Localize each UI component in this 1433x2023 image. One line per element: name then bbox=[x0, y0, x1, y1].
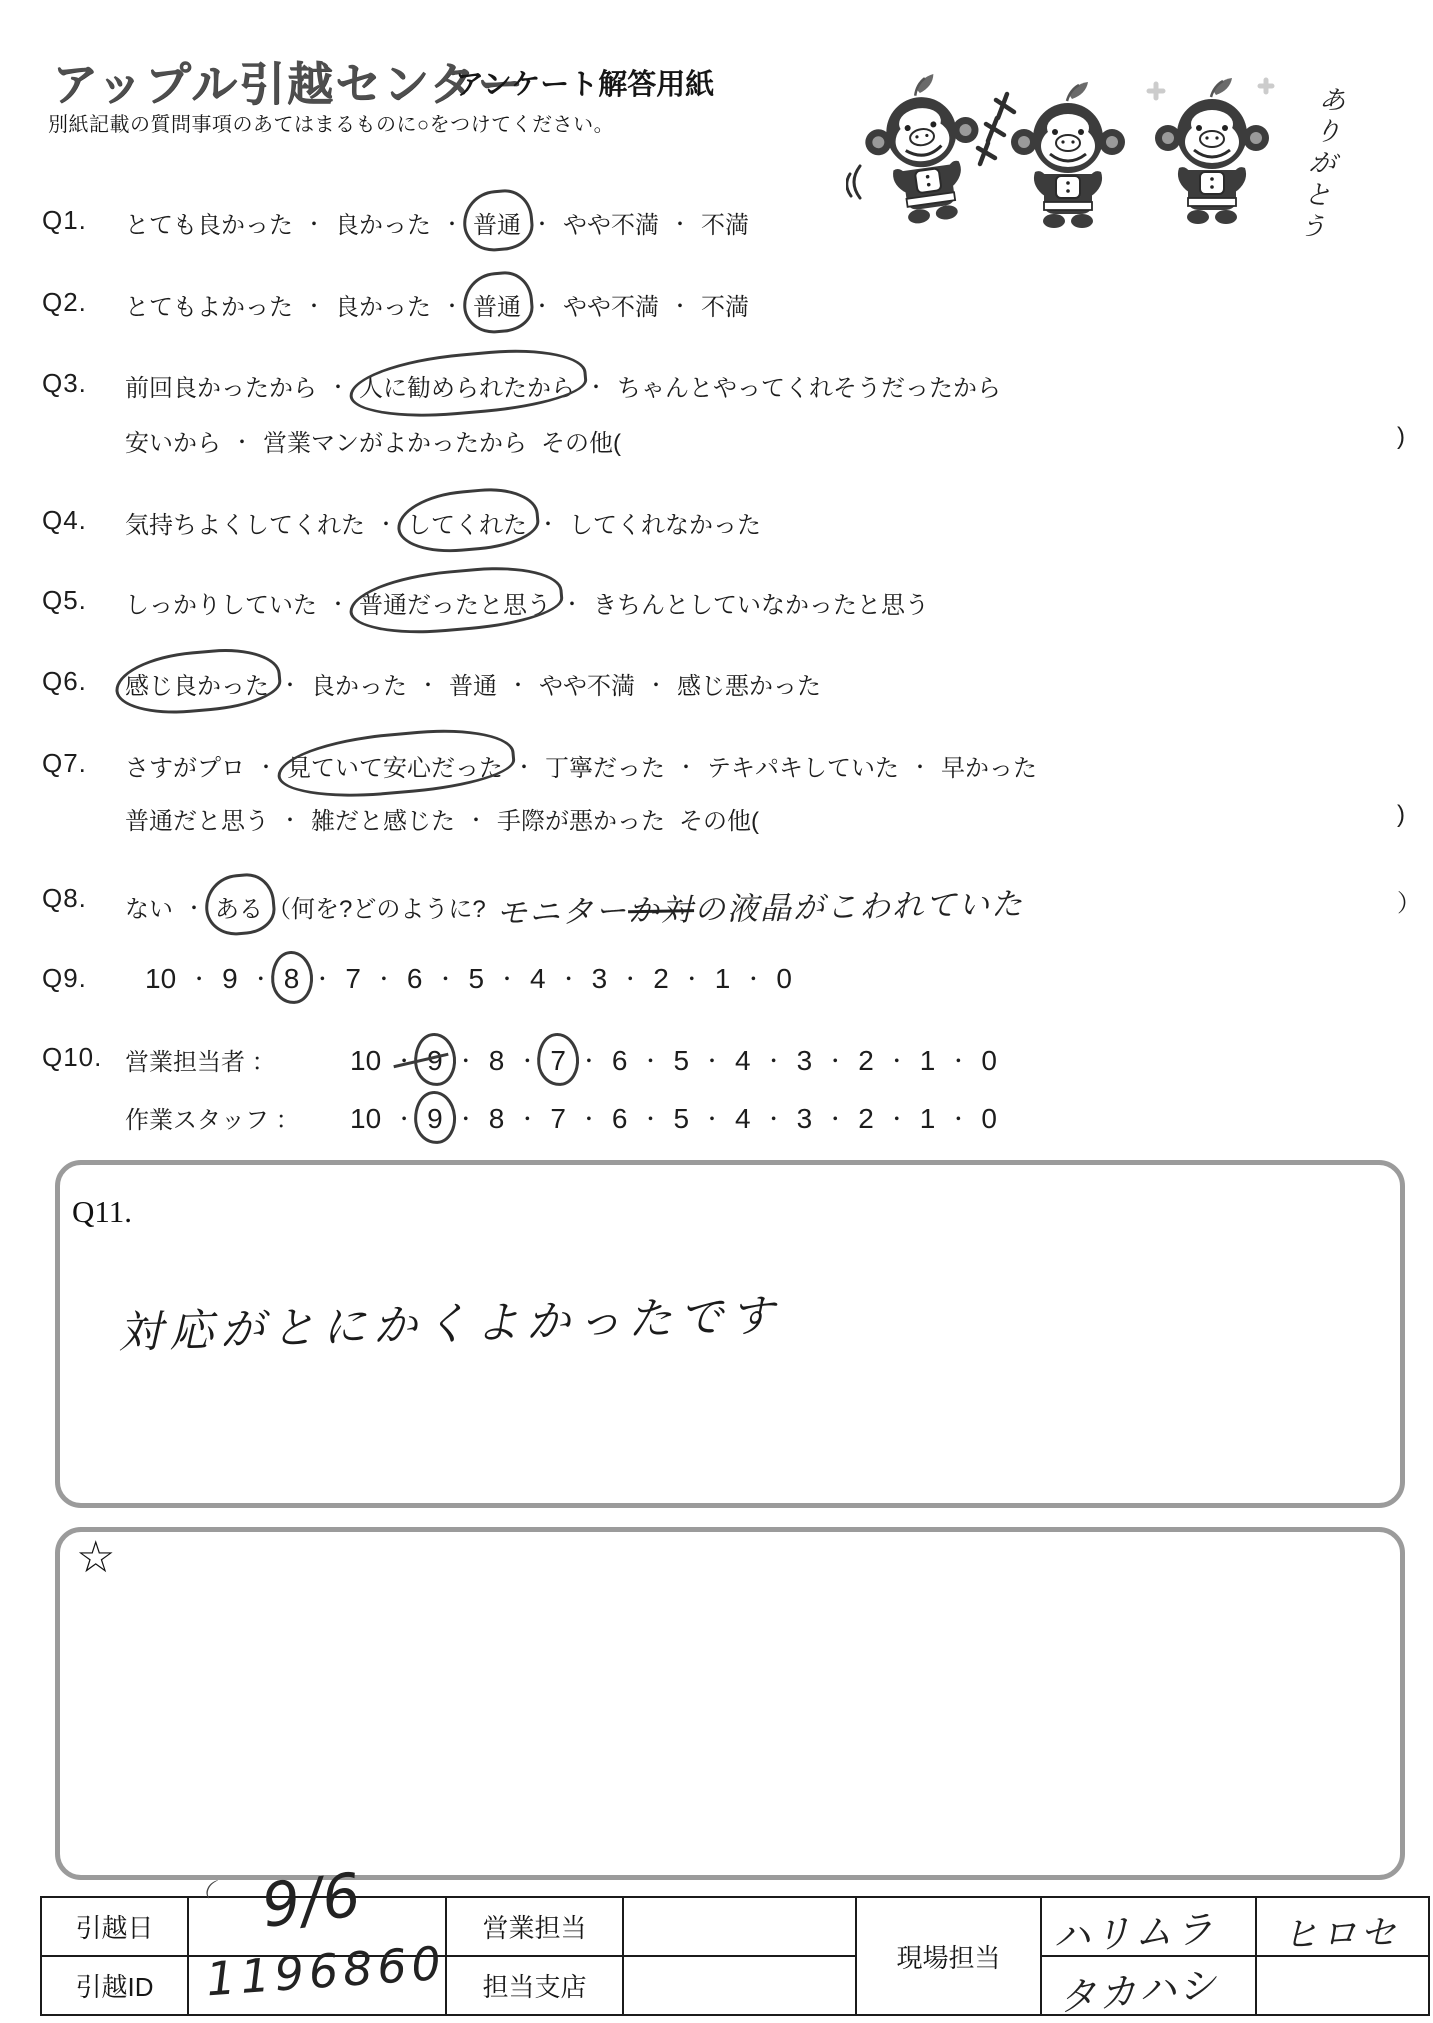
paren-close: ) bbox=[1397, 423, 1405, 451]
option-separator: ・ bbox=[456, 1045, 476, 1074]
option-separator: ・ bbox=[435, 963, 455, 992]
option-separator: ・ bbox=[538, 508, 558, 537]
question-id: Q7. bbox=[42, 748, 87, 779]
option[interactable]: 10 bbox=[350, 1103, 381, 1135]
question-row-q9: Q9. 10・9・8・7・6・5・4・3・2・1・0 bbox=[0, 963, 1433, 1003]
question-id: Q8. bbox=[42, 883, 87, 914]
option[interactable]: 4 bbox=[735, 1045, 751, 1077]
option-separator: ・ bbox=[910, 751, 930, 780]
options-line: 普通だと思う・雑だと感じた・手際が悪かったその他() bbox=[125, 801, 759, 836]
followup-prompt: （何を?どのように? bbox=[267, 896, 486, 923]
handwritten-text: モニター bbox=[495, 893, 628, 931]
option-separator: ・ bbox=[948, 1103, 968, 1132]
option[interactable]: 良かった bbox=[335, 287, 431, 322]
option-separator: ・ bbox=[418, 669, 438, 698]
option[interactable]: 2 bbox=[858, 1103, 874, 1135]
option[interactable]: 2 bbox=[858, 1045, 874, 1077]
option-separator: ・ bbox=[825, 1103, 845, 1132]
option[interactable]: 丁寧だった bbox=[545, 748, 665, 783]
option[interactable]: 10 bbox=[145, 963, 176, 995]
option[interactable]: 0 bbox=[981, 1103, 997, 1135]
option[interactable]: 不満 bbox=[701, 205, 749, 240]
option-separator: ・ bbox=[646, 669, 666, 698]
option-separator: ・ bbox=[670, 290, 690, 319]
question-row-q1: Q1. とても良かった・良かった・普通・やや不満・不満 bbox=[0, 205, 1433, 245]
option-separator: ・ bbox=[442, 208, 462, 237]
option[interactable]: 6 bbox=[612, 1103, 628, 1135]
sales-staff-field[interactable] bbox=[623, 1897, 856, 1956]
option[interactable]: 8 bbox=[489, 1103, 505, 1135]
option-selected[interactable]: してくれた bbox=[407, 505, 527, 540]
option[interactable]: やや不満 bbox=[539, 666, 635, 701]
option[interactable]: 7 bbox=[550, 1103, 566, 1135]
question-id: Q6. bbox=[42, 666, 87, 697]
option-separator: ・ bbox=[559, 963, 579, 992]
monkey-mascot-icon bbox=[1155, 78, 1269, 224]
options-line: しっかりしていた・普通だったと思う・きちんとしていなかったと思う bbox=[125, 585, 929, 620]
question-id: Q11. bbox=[72, 1194, 132, 1230]
instruction-text: 別紙記載の質問事項のあてはまるものに○をつけてください。 bbox=[48, 108, 614, 137]
other-option-open[interactable]: その他( bbox=[679, 808, 759, 835]
option[interactable]: 前回良かったから bbox=[125, 368, 317, 403]
option-separator: ・ bbox=[394, 1045, 414, 1074]
option[interactable]: 不満 bbox=[701, 287, 749, 322]
option[interactable]: 1 bbox=[715, 963, 731, 995]
option-separator: ・ bbox=[442, 290, 462, 319]
option-separator: ・ bbox=[256, 751, 276, 780]
site-staff-label: 現場担当 bbox=[856, 1897, 1041, 2015]
option-separator: ・ bbox=[184, 892, 204, 921]
option[interactable]: テキパキしていた bbox=[707, 748, 899, 783]
options-line: 気持ちよくしてくれた・してくれた・してくれなかった bbox=[125, 505, 761, 540]
question-row-q7: Q7. さすがプロ・見ていて安心だった・丁寧だった・テキパキしていた・早かった bbox=[0, 748, 1433, 788]
option-separator: ・ bbox=[702, 1103, 722, 1132]
option[interactable]: 10 bbox=[350, 1045, 381, 1077]
option-separator: ・ bbox=[280, 804, 300, 833]
option-separator: ・ bbox=[764, 1045, 784, 1074]
option-separator: ・ bbox=[456, 1103, 476, 1132]
star-comment-box[interactable] bbox=[55, 1527, 1405, 1880]
option-separator: ・ bbox=[328, 371, 348, 400]
option-separator: ・ bbox=[312, 963, 332, 992]
option[interactable]: 0 bbox=[776, 963, 792, 995]
question-id: Q1. bbox=[42, 205, 87, 236]
row-sublabel: 作業スタッフ ： bbox=[125, 1100, 350, 1135]
option[interactable]: 早かった bbox=[941, 748, 1037, 783]
question-row-q5: Q5. しっかりしていた・普通だったと思う・きちんとしていなかったと思う bbox=[0, 585, 1433, 625]
option-separator: ・ bbox=[532, 290, 552, 319]
option[interactable]: 1 bbox=[920, 1045, 936, 1077]
move-id-label: 引越ID bbox=[41, 1956, 188, 2015]
option[interactable]: 雑だと感じた bbox=[311, 801, 455, 836]
option-separator: ・ bbox=[508, 669, 528, 698]
option[interactable]: 4 bbox=[530, 963, 546, 995]
option[interactable]: 良かった bbox=[311, 666, 407, 701]
question-id: Q4. bbox=[42, 505, 87, 536]
options-line: とてもよかった・良かった・普通・やや不満・不満 bbox=[125, 287, 749, 322]
option-separator: ・ bbox=[466, 804, 486, 833]
option-selected[interactable]: 普通だったと思う bbox=[359, 585, 551, 620]
option-separator: ・ bbox=[374, 963, 394, 992]
option-selected[interactable]: 感じ良かった bbox=[125, 666, 269, 701]
option-separator: ・ bbox=[189, 963, 209, 992]
option-separator: ・ bbox=[620, 963, 640, 992]
branch-field[interactable] bbox=[623, 1956, 856, 2015]
option-separator: ・ bbox=[640, 1045, 660, 1074]
paren-close: ) bbox=[1397, 801, 1405, 829]
option[interactable]: 感じ悪かった bbox=[677, 666, 821, 701]
option-selected[interactable]: 普通 bbox=[473, 205, 521, 240]
option-separator: ・ bbox=[532, 208, 552, 237]
option[interactable]: 3 bbox=[592, 963, 608, 995]
option[interactable]: 営業マンがよかったから bbox=[263, 423, 527, 458]
question-row-q2: Q2. とてもよかった・良かった・普通・やや不満・不満 bbox=[0, 287, 1433, 327]
motion-lines-icon bbox=[847, 166, 860, 198]
option-separator: ・ bbox=[514, 751, 534, 780]
form-title: アンケート解答用紙 bbox=[455, 62, 714, 103]
question-row-q10: Q10. 営業担当者 ：10・9・8・7・6・5・4・3・2・1・0 bbox=[0, 1042, 1433, 1082]
option-separator: ・ bbox=[328, 588, 348, 617]
option-separator: ・ bbox=[640, 1103, 660, 1132]
options-line: 安いから・営業マンがよかったからその他() bbox=[125, 423, 621, 458]
option-separator: ・ bbox=[304, 290, 324, 319]
option[interactable]: 2 bbox=[653, 963, 669, 995]
option[interactable]: やや不満 bbox=[563, 205, 659, 240]
option-separator: ・ bbox=[280, 669, 300, 698]
option[interactable]: さすがプロ bbox=[125, 748, 245, 783]
options-line: 10・9・8・7・6・5・4・3・2・1・0 bbox=[145, 963, 792, 995]
option[interactable]: 普通だと思う bbox=[125, 801, 269, 836]
question-id: Q3. bbox=[42, 368, 87, 399]
move-date-handwriting: 9/6 bbox=[258, 1860, 365, 1942]
option[interactable]: 5 bbox=[673, 1103, 689, 1135]
option-separator: ・ bbox=[702, 1045, 722, 1074]
option[interactable]: 5 bbox=[468, 963, 484, 995]
sales-staff-label: 営業担当 bbox=[446, 1897, 623, 1956]
option-selected[interactable]: 普通 bbox=[473, 287, 521, 322]
option-separator: ・ bbox=[670, 208, 690, 237]
option-separator: ・ bbox=[232, 426, 252, 455]
site-staff-handwriting: ハリムラ bbox=[1051, 1898, 1218, 1962]
option[interactable]: 9 bbox=[222, 963, 238, 995]
handwritten-struck-text: か対 bbox=[627, 892, 694, 929]
option-separator: ・ bbox=[251, 963, 271, 992]
paren-close: ） bbox=[1397, 883, 1421, 918]
options-line: 感じ良かった・良かった・普通・やや不満・感じ悪かった bbox=[125, 666, 821, 701]
question-id: Q5. bbox=[42, 585, 87, 616]
option-separator: ・ bbox=[517, 1045, 537, 1074]
options-line: 営業担当者 ：10・9・8・7・6・5・4・3・2・1・0 bbox=[125, 1042, 997, 1077]
options-line: 前回良かったから・人に勧められたから・ちゃんとやってくれそうだったから bbox=[125, 368, 1001, 403]
option[interactable]: 7 bbox=[345, 963, 361, 995]
option-selected[interactable]: 見ていて安心だった bbox=[287, 748, 503, 783]
option[interactable]: やや不満 bbox=[563, 287, 659, 322]
option-separator: ・ bbox=[676, 751, 696, 780]
option[interactable]: 3 bbox=[797, 1103, 813, 1135]
branch-label: 担当支店 bbox=[446, 1956, 623, 2015]
option[interactable]: 安いから bbox=[125, 423, 221, 458]
handwritten-answer: モニターか対の液晶がこわれていた bbox=[495, 878, 1024, 932]
option[interactable]: 手際が悪かった bbox=[497, 801, 665, 836]
question-id: Q9. bbox=[42, 963, 87, 994]
star-icon: ☆ bbox=[76, 1532, 115, 1583]
option-separator: ・ bbox=[743, 963, 763, 992]
options-line: さすがプロ・見ていて安心だった・丁寧だった・テキパキしていた・早かった bbox=[125, 748, 1037, 783]
option-separator: ・ bbox=[304, 208, 324, 237]
option-separator: ・ bbox=[394, 1103, 414, 1132]
other-option-open[interactable]: その他( bbox=[541, 430, 621, 457]
option-separator: ・ bbox=[887, 1103, 907, 1132]
question-row-q6: Q6. 感じ良かった・良かった・普通・やや不満・感じ悪かった bbox=[0, 666, 1433, 706]
question-row-q7-line2: 普通だと思う・雑だと感じた・手際が悪かったその他() bbox=[0, 801, 1433, 841]
option[interactable]: 6 bbox=[612, 1045, 628, 1077]
option-separator: ・ bbox=[682, 963, 702, 992]
option-selected[interactable]: 8 bbox=[284, 963, 300, 995]
option[interactable]: とてもよかった bbox=[125, 287, 293, 322]
question-row-q3-line2: 安いから・営業マンがよかったからその他() bbox=[0, 423, 1433, 463]
question-row-q8: Q8. ない・ある（何を?どのように?モニターか対の液晶がこわれていた） bbox=[0, 883, 1433, 923]
option-separator: ・ bbox=[497, 963, 517, 992]
option-selected[interactable]: 7 bbox=[550, 1045, 566, 1077]
option[interactable]: 5 bbox=[673, 1045, 689, 1077]
options-line: とても良かった・良かった・普通・やや不満・不満 bbox=[125, 205, 749, 240]
question-id: Q2. bbox=[42, 287, 87, 318]
option-selected[interactable]: 人に勧められたから bbox=[359, 368, 575, 403]
option[interactable]: とても良かった bbox=[125, 205, 293, 240]
option-separator: ・ bbox=[948, 1045, 968, 1074]
question-row-q10-line2: 作業スタッフ ：10・9・8・7・6・5・4・3・2・1・0 bbox=[0, 1100, 1433, 1140]
options-line: 作業スタッフ ：10・9・8・7・6・5・4・3・2・1・0 bbox=[125, 1100, 997, 1135]
option-separator: ・ bbox=[887, 1045, 907, 1074]
option[interactable]: きちんとしていなかったと思う bbox=[593, 585, 929, 620]
option-separator: ・ bbox=[376, 508, 396, 537]
site-staff-handwriting: ヒロセ bbox=[1282, 1905, 1400, 1958]
row-sublabel: 営業担当者 ： bbox=[125, 1042, 350, 1077]
sparkle-plus-icon bbox=[978, 94, 1014, 164]
option-separator: ・ bbox=[517, 1103, 537, 1132]
option[interactable]: ちゃんとやってくれそうだったから bbox=[617, 368, 1001, 403]
handwritten-text: の液晶がこわれていた bbox=[693, 886, 1024, 928]
option-selected[interactable]: 9 bbox=[427, 1103, 443, 1135]
option[interactable]: 気持ちよくしてくれた bbox=[125, 505, 365, 540]
option[interactable]: 8 bbox=[489, 1045, 505, 1077]
option[interactable]: 0 bbox=[981, 1045, 997, 1077]
option-separator: ・ bbox=[579, 1045, 599, 1074]
question-id: Q10. bbox=[42, 1042, 102, 1073]
option[interactable]: 1 bbox=[920, 1103, 936, 1135]
options-line: ない・ある（何を?どのように?モニターか対の液晶がこわれていた） bbox=[125, 883, 1024, 928]
option[interactable]: ない bbox=[125, 889, 173, 924]
move-date-label: 引越日 bbox=[41, 1897, 188, 1956]
option[interactable]: 4 bbox=[735, 1103, 751, 1135]
site-staff-field-4[interactable] bbox=[1256, 1956, 1429, 2015]
option-separator: ・ bbox=[825, 1045, 845, 1074]
option[interactable]: 3 bbox=[797, 1045, 813, 1077]
option[interactable]: しっかりしていた bbox=[125, 585, 317, 620]
option-selected[interactable]: ある bbox=[215, 889, 263, 924]
option[interactable]: してくれなかった bbox=[569, 505, 761, 540]
option-separator: ・ bbox=[562, 588, 582, 617]
option[interactable]: 良かった bbox=[335, 205, 431, 240]
survey-sheet: アップル引越センター アンケート解答用紙 別紙記載の質問事項のあてはまるものに○… bbox=[0, 0, 1433, 2023]
option-separator: ・ bbox=[579, 1103, 599, 1132]
option[interactable]: 普通 bbox=[449, 666, 497, 701]
option-separator: ・ bbox=[586, 371, 606, 400]
option-selected[interactable]: 9 bbox=[427, 1045, 443, 1077]
option-separator: ・ bbox=[764, 1103, 784, 1132]
question-row-q4: Q4. 気持ちよくしてくれた・してくれた・してくれなかった bbox=[0, 505, 1433, 545]
option[interactable]: 6 bbox=[407, 963, 423, 995]
question-row-q3: Q3. 前回良かったから・人に勧められたから・ちゃんとやってくれそうだったから bbox=[0, 368, 1433, 408]
